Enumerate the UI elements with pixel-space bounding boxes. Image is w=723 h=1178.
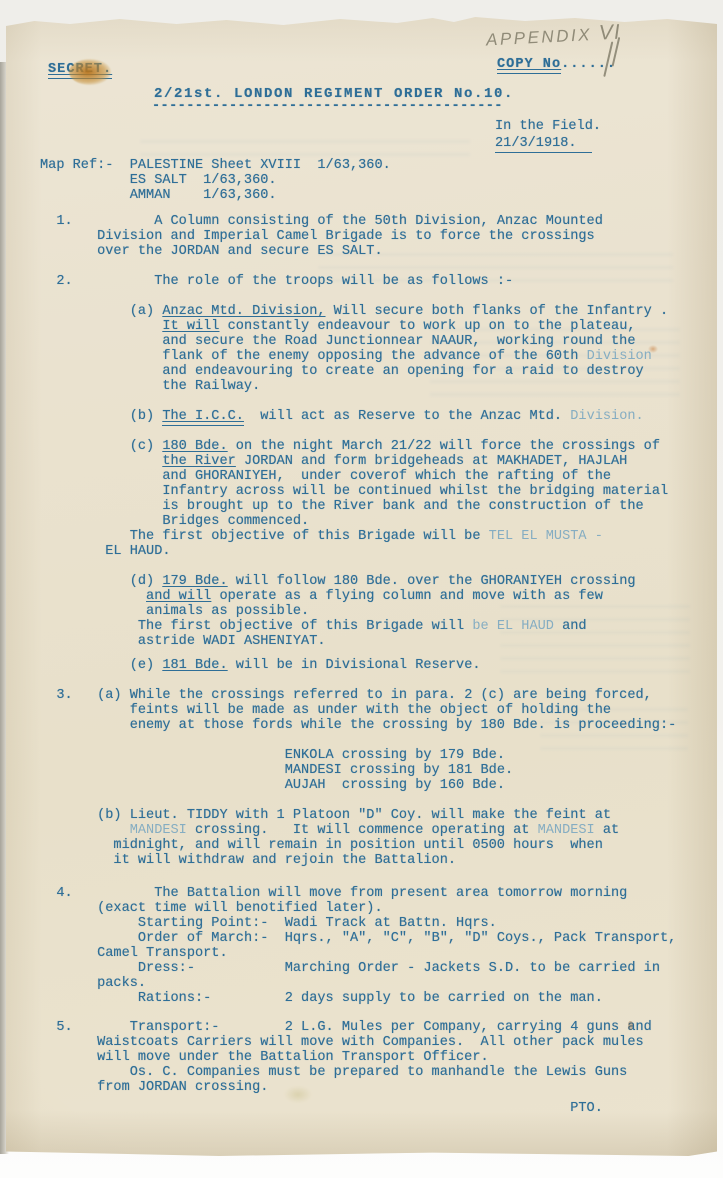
typed-line: midnight, and will remain in position un… <box>40 838 619 853</box>
place-line: In the Field. <box>495 119 601 134</box>
typed-line: Order of March:- Hqrs., "A", "C", "B", "… <box>40 931 676 946</box>
typed-line: AUJAH crossing by 160 Bde. <box>40 778 513 793</box>
typed-line: Infantry across will be continued whilst… <box>40 484 668 499</box>
typed-line: and endeavouring to create an opening fo… <box>40 364 668 379</box>
typed-line: 2. The role of the troops will be as fol… <box>40 274 513 289</box>
map-reference-block: Map Ref:- PALESTINE Sheet XVIII 1/63,360… <box>40 158 391 203</box>
typed-line: (b) The I.C.C. will act as Reserve to th… <box>40 409 644 424</box>
typed-line: (b) Lieut. TIDDY with 1 Platoon "D" Coy.… <box>40 808 619 823</box>
typed-line: and will operate as a flying column and … <box>40 589 636 604</box>
paragraph-3a-feints: 3. (a) While the crossings referred to i… <box>40 688 676 733</box>
typed-line: and GHORANIYEH, under coverof which the … <box>40 469 668 484</box>
order-paragraph-4-march-details: 4. The Battalion will move from present … <box>40 886 676 1006</box>
copy-number-line: COPY No...... <box>497 57 616 72</box>
typed-line: enemy at those fords while the crossing … <box>40 718 676 733</box>
typed-line: flank of the enemy opposing the advance … <box>40 349 668 364</box>
typed-line: 4. The Battalion will move from present … <box>40 886 676 901</box>
typed-line: It will constantly endeavour to work up … <box>40 319 668 334</box>
date-line: 21/3/1918. <box>495 136 592 151</box>
paragraph-2b-icc: (b) The I.C.C. will act as Reserve to th… <box>40 409 644 424</box>
typed-line: ENKOLA crossing by 179 Bde. <box>40 748 513 763</box>
typed-line: Starting Point:- Wadi Track at Battn. Hq… <box>40 916 676 931</box>
typed-line: (e) 181 Bde. will be in Divisional Reser… <box>40 658 481 673</box>
pto-footer: PTO. <box>40 1101 603 1116</box>
typed-line: 1. A Column consisting of the 50th Divis… <box>40 214 603 229</box>
typed-line: AMMAN 1/63,360. <box>40 188 391 203</box>
typed-line: animals as possible. <box>40 604 636 619</box>
paragraph-2a-anzac-division: (a) Anzac Mtd. Division, Will secure bot… <box>40 304 668 394</box>
paragraph-2c-180-bde: (c) 180 Bde. on the night March 21/22 wi… <box>40 439 668 559</box>
classification-stamp: SECRET. <box>48 62 112 77</box>
typed-line: over the JORDAN and secure ES SALT. <box>40 244 603 259</box>
typed-line: The first objective of this Brigade will… <box>40 619 636 634</box>
typed-line: Waistcoats Carriers will move with Compa… <box>40 1035 652 1050</box>
typed-line: it will withdraw and rejoin the Battalio… <box>40 853 619 868</box>
typed-line: (a) Anzac Mtd. Division, Will secure bot… <box>40 304 668 319</box>
typed-line: is brought up to the River bank and the … <box>40 499 668 514</box>
typed-line: Map Ref:- PALESTINE Sheet XVIII 1/63,360… <box>40 158 391 173</box>
typed-line: PTO. <box>40 1101 603 1116</box>
typed-line: ES SALT 1/63,360. <box>40 173 391 188</box>
typed-line: MANDESI crossing by 181 Bde. <box>40 763 513 778</box>
typed-line: EL HAUD. <box>40 544 668 559</box>
paragraph-2d-179-bde: (d) 179 Bde. will follow 180 Bde. over t… <box>40 574 636 649</box>
paragraph-2e-181-bde: (e) 181 Bde. will be in Divisional Reser… <box>40 658 481 673</box>
typed-line: feints will be made as under with the ob… <box>40 703 676 718</box>
typed-line: and secure the Road Junctionnear NAAUR, … <box>40 334 668 349</box>
typed-line: Camel Transport. <box>40 946 676 961</box>
typed-line: will move under the Battalion Transport … <box>40 1050 652 1065</box>
typed-line: packs. <box>40 976 676 991</box>
typed-line: The first objective of this Brigade will… <box>40 529 668 544</box>
crossings-list: ENKOLA crossing by 179 Bde.MANDESI cross… <box>40 748 513 793</box>
title-dashed-underline: ----------------------------------------… <box>152 99 503 114</box>
scanned-document-page: APPENDIXVI SECRET. COPY No...... 2/21st.… <box>0 0 723 1178</box>
typed-line: the Railway. <box>40 379 668 394</box>
paragraph-3b-tiddy-feint: (b) Lieut. TIDDY with 1 Platoon "D" Coy.… <box>40 808 619 868</box>
typed-line: astride WADI ASHENIYAT. <box>40 634 636 649</box>
typed-line: (d) 179 Bde. will follow 180 Bde. over t… <box>40 574 636 589</box>
typed-line: Division and Imperial Camel Brigade is t… <box>40 229 603 244</box>
typed-line: from JORDAN crossing. <box>40 1080 652 1095</box>
typed-line: (c) 180 Bde. on the night March 21/22 wi… <box>40 439 668 454</box>
order-paragraph-5-transport: 5. Transport:- 2 L.G. Mules per Company,… <box>40 1020 652 1095</box>
typed-line: the River JORDAN and form bridgeheads at… <box>40 454 668 469</box>
typed-line: Bridges commenced. <box>40 514 668 529</box>
typed-line: Os. C. Companies must be prepared to man… <box>40 1065 652 1080</box>
typed-line: Dress:- Marching Order - Jackets S.D. to… <box>40 961 676 976</box>
typed-line: 5. Transport:- 2 L.G. Mules per Company,… <box>40 1020 652 1035</box>
typed-line: 3. (a) While the crossings referred to i… <box>40 688 676 703</box>
typed-line: Rations:- 2 days supply to be carried on… <box>40 991 676 1006</box>
order-paragraph-2: 2. The role of the troops will be as fol… <box>40 274 513 289</box>
typed-line: (exact time will benotified later). <box>40 901 676 916</box>
order-paragraph-1: 1. A Column consisting of the 50th Divis… <box>40 214 603 259</box>
typed-line: MANDESI crossing. It will commence opera… <box>40 823 619 838</box>
appendix-word: APPENDIX <box>486 25 593 50</box>
